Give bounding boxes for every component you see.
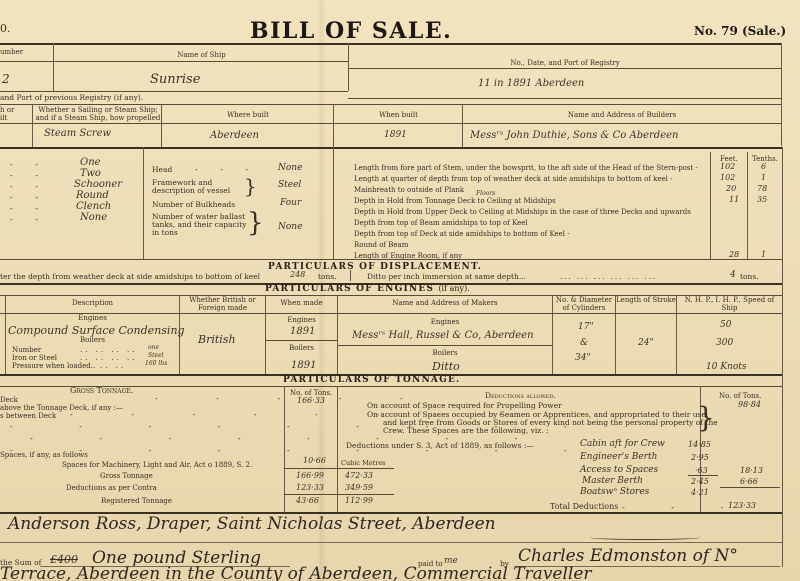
rule <box>0 104 781 105</box>
rule <box>0 123 781 124</box>
displacement-right-unit: tons. <box>740 273 759 281</box>
crew-space-label: Access to Spaces <box>580 465 658 475</box>
makers-header: Name and Address of Makers <box>338 299 552 307</box>
length-header: h or ilt <box>0 106 14 122</box>
where-built-header: Where built <box>162 111 334 119</box>
rule <box>284 494 394 495</box>
registered-tonnage-cubic: 112·99 <box>345 496 373 505</box>
measurement-label: Depth from top of Beam amidships to top … <box>354 219 528 227</box>
ihp-value: 300 <box>716 338 733 348</box>
where-built-value: Aberdeen <box>210 130 259 141</box>
gross-tonnage-label: Gross Tonnage <box>100 472 153 480</box>
divider <box>710 152 711 259</box>
measurement-label: Depth in Hold from Tonnage Deck to Ceili… <box>354 197 556 205</box>
rule <box>0 542 782 543</box>
engines-when-made-value: 1891 <box>290 326 315 337</box>
left-value-6: None <box>80 212 107 223</box>
gross-row-label: Deck <box>0 396 18 404</box>
engines-subheader: Engines <box>6 314 179 322</box>
boiler-iron-steel-value: Steel <box>148 352 164 359</box>
when-made-engines-label: Engines <box>266 316 337 324</box>
builders-header: Name and Address of Builders <box>463 111 781 119</box>
left-value-4: Round <box>76 190 109 201</box>
official-number-value: 2 <box>2 72 10 86</box>
bulkheads-value: Four <box>280 198 301 208</box>
registered-tonnage-value: 43·66 <box>296 496 319 505</box>
feet-value: 20 <box>726 184 736 193</box>
builders-value: Messʳˢ John Duthie, Sons & Co Aberdeen <box>470 130 678 141</box>
divider <box>782 147 783 567</box>
rule <box>265 340 337 341</box>
crew-space-label: Engineer's Berth <box>580 452 657 462</box>
boilers-subheader: Boilers <box>6 336 179 344</box>
head-value: None <box>278 163 302 173</box>
deductions-heading: Deductions allowed. <box>485 392 556 400</box>
framework-label: Framework and description of vessel <box>152 179 252 195</box>
boilers-when-made-value: 1891 <box>291 360 316 371</box>
framework-value: Steel <box>278 180 301 190</box>
crew-subtotal-2: 6·66 <box>740 477 758 486</box>
cylinders-header: No. & Diameter of Cylinders <box>553 296 615 312</box>
crew-space-label: Cabin aft for Crew <box>580 439 665 449</box>
official-number-header: umber <box>0 48 23 56</box>
rule <box>0 147 782 149</box>
cylinder-value-3: 34" <box>575 353 591 363</box>
ballast-label: Number of water ballast tanks, and their… <box>152 213 252 237</box>
feet-value: 28 <box>729 250 739 259</box>
gross-tonnage-value: 166·99 <box>296 471 324 480</box>
displacement-right-value: 4 <box>730 270 736 280</box>
rule <box>0 259 782 260</box>
previous-registry-label: and Port of previous Registry (if any). <box>0 94 143 102</box>
makers-boilers-label: Boilers <box>338 349 552 357</box>
spaces-label: Spaces, if any, as follows <box>0 451 88 459</box>
line-filler <box>590 535 700 540</box>
nhp-header: N. H. P., I. H. P., Speed of Ship <box>677 296 782 312</box>
crew-space-value: 4·21 <box>691 488 709 497</box>
displacement-right-label: Ditto per inch immersion at same depth..… <box>367 273 526 281</box>
crew-subtotal-1: 18·13 <box>740 466 763 475</box>
registry-port-value: 11 in 1891 Aberdeen <box>478 78 584 89</box>
divider <box>333 147 334 259</box>
displacement-left-unit: tons. <box>318 273 337 281</box>
total-deductions-value: 123·33 <box>728 501 756 510</box>
rule <box>348 68 781 69</box>
rule <box>688 475 718 476</box>
makers-engines-label: Engines <box>338 318 552 326</box>
tenths-value: 6 <box>761 162 766 171</box>
feet-value: 102 <box>720 173 735 182</box>
registered-tonnage-label: Registered Tonnage <box>101 497 172 505</box>
crew-space-value: 2·45 <box>691 477 709 486</box>
rule <box>0 43 782 45</box>
left-value-3: Schooner <box>74 179 122 190</box>
rule <box>720 487 780 488</box>
crew-space-value: ·63 <box>695 466 708 475</box>
makers-engines-value: Messʳˢ Hall, Russel & Co, Aberdeen <box>352 330 534 341</box>
ship-name-header: Name of Ship <box>54 51 349 59</box>
engines-heading: PARTICULARS OF ENGINES (if any). <box>265 284 470 294</box>
divider <box>350 270 351 281</box>
measurement-label: Mainbreath to outside of Plank <box>354 186 464 194</box>
divider <box>781 43 782 146</box>
divider <box>32 104 33 147</box>
crew-space-value: 14·85 <box>688 440 711 449</box>
divider <box>615 295 616 374</box>
cubic-metres-label: Cubic Metres <box>341 459 386 467</box>
boiler-iron-steel-label: Iron or Steel <box>12 354 57 362</box>
document-title: BILL OF SALE. <box>250 18 452 44</box>
speed-value: 10 Knots <box>706 362 747 372</box>
tenths-value: 1 <box>761 173 766 182</box>
displacement-left-label: ter the depth from weather deck at side … <box>0 273 260 281</box>
rule <box>0 91 348 92</box>
tenths-value: 78 <box>757 184 767 193</box>
seller-value: Charles Edmonston of N° <box>518 546 738 566</box>
head-label: Head <box>152 166 172 174</box>
tonnage-heading: PARTICULARS OF TONNAGE. <box>283 375 460 385</box>
form-number: No. 79 (Sale.) <box>694 24 786 38</box>
address-line: Terrace, Aberdeen in the County of Aberd… <box>0 564 592 581</box>
machinery-label: Spaces for Machinery, Light and Air, Act… <box>62 461 252 469</box>
propelling-label: On account of Space required for Propell… <box>367 402 562 410</box>
left-value-1: One <box>80 157 101 168</box>
deductions-contra-cubic: 349·59 <box>345 483 373 492</box>
divider <box>348 43 349 91</box>
stroke-header: Length of Stroke <box>616 296 676 304</box>
crew-space-label: Master Berth <box>582 476 643 486</box>
when-made-header: When made <box>266 299 337 307</box>
propelling-value: 98·84 <box>738 400 761 409</box>
measurement-label: Round of Beam <box>354 241 408 249</box>
buyer-line: Anderson Ross, Draper, Saint Nicholas St… <box>8 514 496 534</box>
sailing-steam-value: Steam Screw <box>44 128 111 139</box>
rule <box>0 61 348 62</box>
corner-mark: 0. <box>0 22 11 35</box>
crew-space-label: Boatswⁿ Stores <box>580 487 649 497</box>
cylinder-value-1: 17" <box>578 322 594 332</box>
feet-value: 11 <box>729 195 739 204</box>
act-deductions-label: Deductions under S. 3, Act of 1889, as f… <box>346 442 534 450</box>
gross-tonnage-heading: Gross Tonnage. <box>70 387 133 395</box>
machinery-value: 10·66 <box>303 456 326 465</box>
boiler-number-label: Number <box>12 346 41 354</box>
stroke-value: 24" <box>638 338 654 348</box>
measurement-label: Length at quarter of depth from top of w… <box>354 175 672 183</box>
nhp-value: 50 <box>720 320 731 330</box>
feet-value: 102 <box>720 162 735 171</box>
ballast-value: None <box>278 222 302 232</box>
cylinder-value-2: & <box>580 338 588 348</box>
engine-description-header: Description <box>6 299 179 307</box>
measurement-label: Depth from top of Deck at side amidships… <box>354 230 570 238</box>
crew-space-value: 2·95 <box>691 453 709 462</box>
gross-tonnage-cubic: 472·33 <box>345 471 373 480</box>
rule <box>348 98 781 99</box>
registry-port-header: No., Date, and Port of Registry <box>349 59 781 67</box>
divider <box>747 152 748 259</box>
displacement-left-value: 248 <box>290 270 305 279</box>
british-foreign-value: British <box>198 333 236 346</box>
tenths-value: 1 <box>761 250 766 259</box>
ship-name-value: Sunrise <box>150 72 200 87</box>
when-made-boilers-label: Boilers <box>266 344 337 352</box>
left-value-5: Clench <box>76 201 111 212</box>
rule <box>284 468 394 469</box>
left-value-2: Two <box>80 168 101 179</box>
when-built-value: 1891 <box>384 130 407 140</box>
boiler-pressure-label: Pressure when loaded.. <box>12 362 95 370</box>
makers-boilers-value: Ditto <box>432 360 460 373</box>
seamen-label-3: Crew. These Spaces are the following, vi… <box>383 427 549 435</box>
bulkheads-label: Number of Bulkheads <box>152 201 235 209</box>
boiler-pressure-value: 160 lbs <box>145 360 167 367</box>
deductions-tons-header: No. of Tons. <box>719 392 761 400</box>
gross-row-label: s between Deck <box>0 412 56 420</box>
tenths-value: 35 <box>757 195 767 204</box>
british-foreign-header: Whether British or Foreign made <box>180 296 265 312</box>
deductions-contra-label: Deductions as per Contra <box>66 484 157 492</box>
sailing-steam-header: Whether a Sailing or Steam Ship; and if … <box>34 106 162 122</box>
inserted-word: Floors <box>476 190 495 197</box>
boiler-number-value: one <box>148 344 159 351</box>
total-deductions-label: Total Deductions <box>550 503 618 511</box>
divider <box>143 147 144 259</box>
when-built-header: When built <box>334 111 463 119</box>
measurement-label: Length from fore part of Stem, under the… <box>354 164 698 172</box>
measurement-label: Depth in Hold from Upper Deck to Ceiling… <box>354 208 691 216</box>
deductions-contra-value: 123·33 <box>296 483 324 492</box>
rule <box>338 345 552 346</box>
